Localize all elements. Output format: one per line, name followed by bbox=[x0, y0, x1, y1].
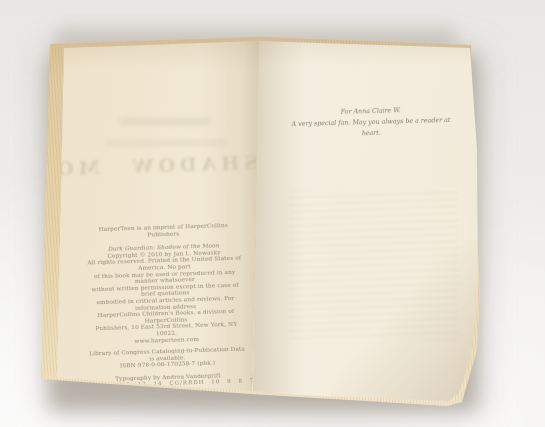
showthrough-smudge bbox=[120, 118, 210, 125]
showthrough-smudge bbox=[105, 140, 225, 146]
dedication-line-2: A very special fan. May you always be a … bbox=[285, 115, 458, 141]
photo-open-book: SHADOW MOON HarperTeen is an imprint of … bbox=[0, 0, 545, 427]
imprint-line: HarperTeen is an imprint of HarperCollin… bbox=[85, 223, 241, 241]
text-showthrough bbox=[290, 190, 458, 340]
dedication-block: For Anna Claire W. A very special fan. M… bbox=[285, 104, 458, 141]
